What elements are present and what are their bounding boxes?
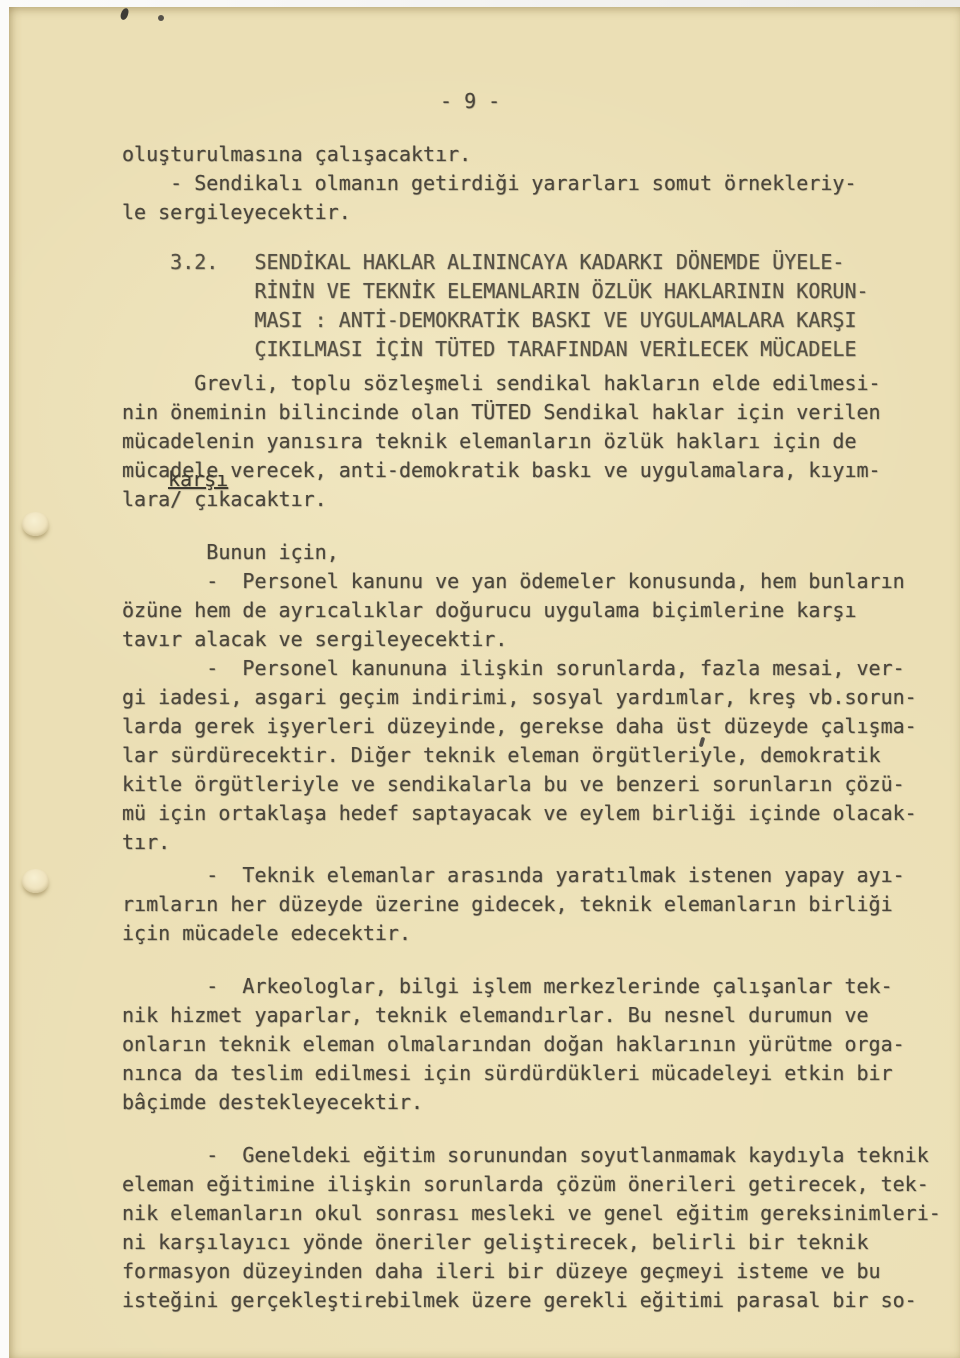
document-page: - 9 - oluşturulmasına çalışacaktır. - Se… [9,7,960,1358]
section-3-2-heading: 3.2. SENDİKAL HAKLAR ALININCAYA KADARKI … [122,248,956,364]
scan-speck [120,7,130,20]
paragraph-grevli: Grevli, toplu sözleşmeli sendikal haklar… [122,369,956,514]
paragraph-teknik-elemanlar: - Teknik elemanlar arasında yaratılmak i… [122,861,956,948]
paragraph-arkeologlar: - Arkeologlar, bilgi işlem merkezlerinde… [122,972,956,1117]
punch-hole-bottom [22,869,49,893]
punch-hole-top [22,512,49,536]
page-number: - 9 - [440,87,956,116]
typewritten-content: - 9 - oluşturulmasına çalışacaktır. - Se… [122,87,956,1315]
paragraph-sendika-intro: oluşturulmasına çalışacaktır. - Sendikal… [122,140,956,227]
scanned-document-screenshot: { "colors": { "paper": "#ebdfb5", "ink":… [0,0,960,1358]
typed-insertion-karsi: karşı [168,469,228,489]
paragraph-egitim: - Geneldeki eğitim sorunundan soyutlanma… [122,1141,956,1315]
scan-speck [158,15,164,21]
paragraph-grevli-wrap: Grevli, toplu sözleşmeli sendikal haklar… [122,369,956,514]
paragraph-bunun-icin: Bunun için, - Personel kanunu ve yan öde… [122,538,956,857]
